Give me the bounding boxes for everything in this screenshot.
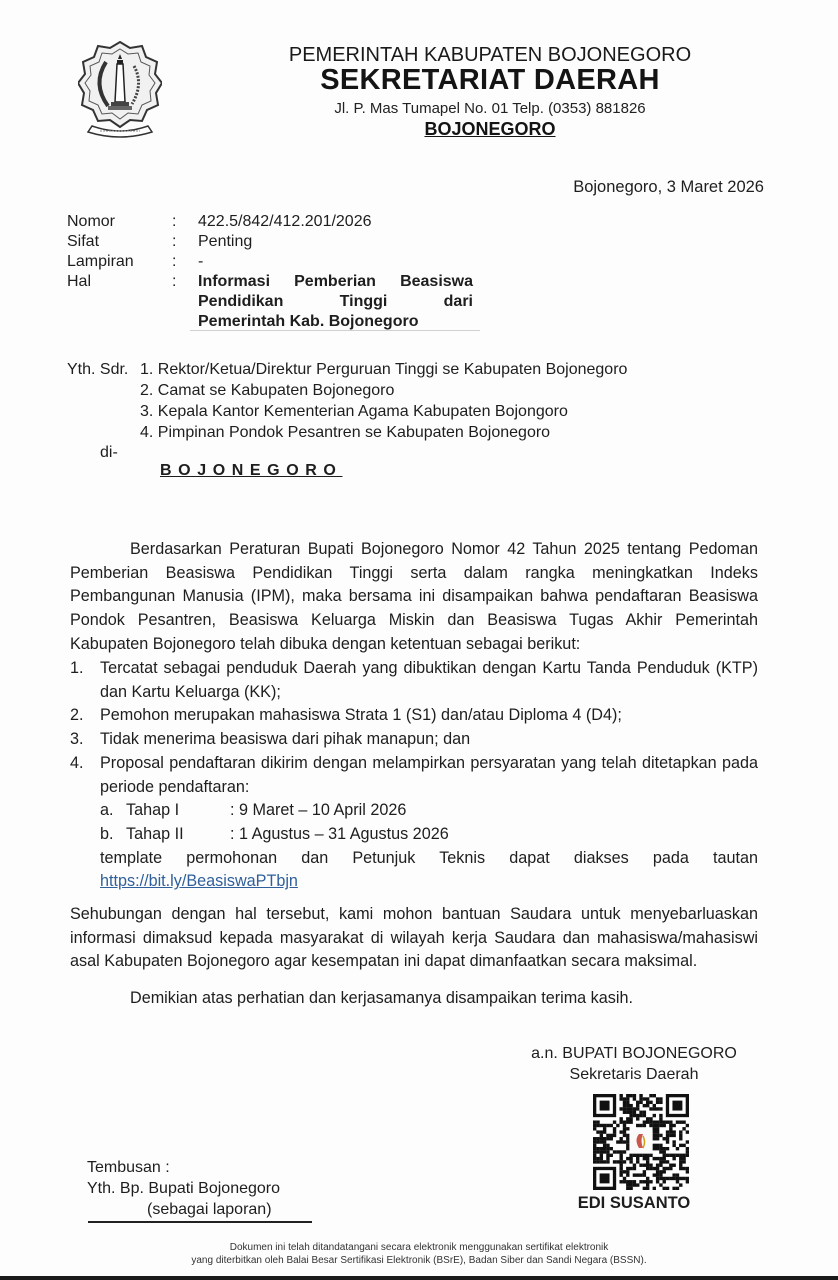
body-paragraph-closing: Demikian atas perhatian dan kerjasamanya…	[70, 987, 758, 1011]
stage-name: Tahap II	[126, 823, 230, 847]
requirement-text: Proposal pendaftaran dikirim dengan mela…	[100, 754, 758, 796]
meta-value-number: 422.5/842/412.201/2026	[198, 212, 473, 232]
letterhead-department: SEKRETARIAT DAERAH	[190, 64, 790, 97]
template-info-text: template permohonan dan Petunjuk Teknis …	[100, 847, 758, 871]
recipients-prefix: Yth. Sdr.	[67, 359, 140, 443]
meta-row-lampiran: Lampiran : -	[67, 252, 473, 272]
qr-code-icon	[593, 1094, 689, 1190]
body-paragraph-request: Sehubungan dengan hal tersebut, kami moh…	[70, 903, 758, 974]
stage-period: : 1 Agustus – 31 Agustus 2026	[230, 823, 449, 847]
letterhead-address: Jl. P. Mas Tumapel No. 01 Telp. (0353) 8…	[190, 100, 790, 117]
carbon-copy-underline	[88, 1221, 312, 1223]
bojonegoro-emblem-icon	[78, 40, 162, 144]
signature-title: Sekretaris Daerah	[515, 1064, 753, 1085]
recipient-item: 3. Kepala Kantor Kementerian Agama Kabup…	[140, 401, 627, 422]
requirement-text: Tercatat sebagai penduduk Daerah yang di…	[100, 657, 758, 704]
carbon-copy-recipient: Yth. Bp. Bupati Bojonegoro	[87, 1178, 280, 1199]
meta-value-attachment: -	[198, 252, 473, 272]
subject-divider	[190, 330, 480, 331]
bottom-edge-bar	[0, 1276, 838, 1280]
registration-link[interactable]: https://bit.ly/BeasiswaPTbjn	[100, 872, 298, 890]
e-signature-disclaimer: Dokumen ini telah ditandatangani secara …	[0, 1241, 838, 1267]
recipients-list: 1. Rektor/Ketua/Direktur Perguruan Tingg…	[140, 359, 627, 443]
meta-colon: :	[172, 232, 198, 252]
meta-label: Nomor	[67, 212, 172, 232]
meta-label: Hal	[67, 272, 172, 332]
meta-value-subject: Informasi Pemberian Beasiswa Pendidikan …	[198, 272, 473, 332]
recipients-location-prefix: di-	[100, 444, 118, 462]
meta-colon: :	[172, 212, 198, 232]
requirement-item: 2. Pemohon merupakan mahasiswa Strata 1 …	[70, 704, 758, 728]
stage-letter: b.	[100, 823, 126, 847]
carbon-copy: Tembusan : Yth. Bp. Bupati Bojonegoro (s…	[87, 1157, 280, 1220]
requirement-number: 4.	[70, 752, 100, 894]
requirement-item: 4. Proposal pendaftaran dikirim dengan m…	[70, 752, 758, 894]
signatory-name: EDI SUSANTO	[515, 1193, 753, 1214]
requirement-text-block: Proposal pendaftaran dikirim dengan mela…	[100, 752, 758, 894]
subject-line: Pemerintah Kab. Bojonegoro	[198, 312, 473, 332]
stage-letter: a.	[100, 799, 126, 823]
recipient-item: 4. Pimpinan Pondok Pesantren se Kabupate…	[140, 422, 627, 443]
meta-row-nomor: Nomor : 422.5/842/412.201/2026	[67, 212, 473, 232]
requirement-text: Pemohon merupakan mahasiswa Strata 1 (S1…	[100, 704, 758, 728]
requirement-item: 1. Tercatat sebagai penduduk Daerah yang…	[70, 657, 758, 704]
requirements-list: 1. Tercatat sebagai penduduk Daerah yang…	[70, 657, 758, 894]
meta-label: Sifat	[67, 232, 172, 252]
meta-row-sifat: Sifat : Penting	[67, 232, 473, 252]
requirement-number: 2.	[70, 704, 100, 728]
signature-on-behalf: a.n. BUPATI BOJONEGORO	[515, 1043, 753, 1064]
requirement-text: Tidak menerima beasiswa dari pihak manap…	[100, 728, 758, 752]
subject-line: Informasi Pemberian Beasiswa	[198, 272, 473, 292]
meta-value-nature: Penting	[198, 232, 473, 252]
registration-stages: a. Tahap I : 9 Maret – 10 April 2026 b. …	[100, 799, 758, 846]
body-paragraph-intro: Berdasarkan Peraturan Bupati Bojonegoro …	[70, 538, 758, 657]
carbon-copy-note: (sebagai laporan)	[87, 1199, 280, 1220]
meta-colon: :	[172, 272, 198, 332]
stage-period: : 9 Maret – 10 April 2026	[230, 799, 406, 823]
requirement-number: 3.	[70, 728, 100, 752]
recipients: Yth. Sdr. 1. Rektor/Ketua/Direktur Pergu…	[67, 359, 627, 443]
subject-line: Pendidikan Tinggi dari	[198, 292, 473, 312]
letter-meta: Nomor : 422.5/842/412.201/2026 Sifat : P…	[67, 212, 473, 332]
disclaimer-line: Dokumen ini telah ditandatangani secara …	[0, 1241, 838, 1254]
meta-colon: :	[172, 252, 198, 272]
carbon-copy-label: Tembusan :	[87, 1157, 280, 1178]
recipients-city: BOJONEGORO	[160, 462, 342, 480]
recipient-item: 1. Rektor/Ketua/Direktur Perguruan Tingg…	[140, 359, 627, 380]
stage-item: a. Tahap I : 9 Maret – 10 April 2026	[100, 799, 758, 823]
meta-row-hal: Hal : Informasi Pemberian Beasiswa Pendi…	[67, 272, 473, 332]
stage-item: b. Tahap II : 1 Agustus – 31 Agustus 202…	[100, 823, 758, 847]
meta-label: Lampiran	[67, 252, 172, 272]
letter-date: Bojonegoro, 3 Maret 2026	[573, 178, 764, 197]
requirement-number: 1.	[70, 657, 100, 704]
recipient-item: 2. Camat se Kabupaten Bojonegoro	[140, 380, 627, 401]
stage-name: Tahap I	[126, 799, 230, 823]
requirement-item: 3. Tidak menerima beasiswa dari pihak ma…	[70, 728, 758, 752]
disclaimer-line: yang diterbitkan oleh Balai Besar Sertif…	[0, 1254, 838, 1267]
letterhead-city: BOJONEGORO	[190, 119, 790, 140]
